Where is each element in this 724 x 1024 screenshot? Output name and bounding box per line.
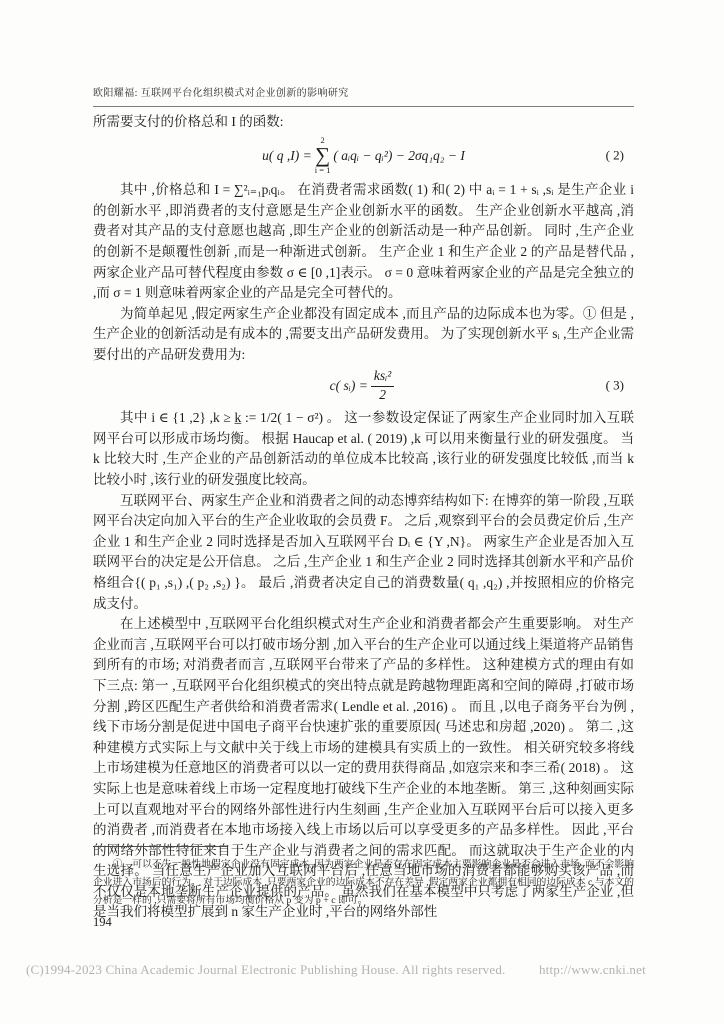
summation-lower-limit: i = 1	[315, 166, 331, 176]
running-header-text: 欧阳耀福: 互联网平台化组织模式对企业创新的影响研究	[93, 88, 349, 99]
paragraph-model-params: 其中 ,价格总和 I = ∑²ᵢ₌₁pᵢqᵢ。 在消费者需求函数( 1) 和( …	[93, 180, 634, 304]
paper-page: 欧阳耀福: 互联网平台化组织模式对企业创新的影响研究 所需要支付的价格总和 I …	[0, 0, 724, 1024]
equation-2-body: u( q ,I) = 2 ∑ i = 1 ( aᵢqᵢ − qᵢ²) − 2σq…	[262, 136, 465, 177]
equation-3: c( sᵢ) = ksᵢ² 2 ( 3)	[93, 368, 634, 404]
paragraph-cost-assumption: 为简单起见 ,假定两家生产企业都没有固定成本 ,而且产品的边际成本也为零。① 但…	[93, 304, 634, 366]
summation-symbol: 2 ∑ i = 1	[315, 136, 331, 177]
equation-2-lhs: u( q ,I) =	[262, 146, 312, 167]
equation-3-number: ( 3)	[606, 376, 624, 397]
copyright-text: (C)1994-2023 China Academic Journal Elec…	[26, 962, 506, 977]
fraction-numerator: ksᵢ²	[371, 368, 394, 387]
equation-2: u( q ,I) = 2 ∑ i = 1 ( aᵢqᵢ − qᵢ²) − 2σq…	[93, 136, 634, 177]
sigma-icon: ∑	[315, 145, 330, 166]
paragraph-k-parameter: 其中 i ∈ {1 ,2} ,k ≥ k̲ := 1/2( 1 − σ²) 。 …	[93, 408, 634, 490]
equation-2-number: ( 2)	[606, 146, 624, 167]
fraction: ksᵢ² 2	[371, 368, 394, 404]
page-body: 所需要支付的价格总和 I 的函数: u( q ,I) = 2 ∑ i = 1 (…	[93, 112, 634, 923]
paragraph-game-structure: 互联网平台、两家生产企业和消费者之间的动态博弈结构如下: 在博弈的第一阶段 ,互…	[93, 491, 634, 615]
equation-3-lhs: c( sᵢ) =	[330, 376, 368, 397]
fraction-denominator: 2	[379, 387, 386, 404]
equation-3-body: c( sᵢ) = ksᵢ² 2	[330, 368, 398, 404]
cnki-copyright-footer: (C)1994-2023 China Academic Journal Elec…	[26, 962, 706, 978]
footnote-text: ① 可以不失一般性地假定企业没有固定成本 ,因为两家企业是否存在固定成本主要影响…	[93, 856, 634, 910]
paragraph-intro: 所需要支付的价格总和 I 的函数:	[93, 112, 634, 133]
equation-2-rhs: ( aᵢqᵢ − qᵢ²) − 2σq₁q₂ − I	[333, 146, 464, 167]
cnki-url: http://www.cnki.net	[539, 962, 646, 977]
footnote-separator	[93, 846, 227, 847]
running-header: 欧阳耀福: 互联网平台化组织模式对企业创新的影响研究	[93, 84, 634, 107]
page-number: 194	[93, 915, 634, 930]
footnote-block: ① 可以不失一般性地假定企业没有固定成本 ,因为两家企业是否存在固定成本主要影响…	[93, 846, 634, 930]
